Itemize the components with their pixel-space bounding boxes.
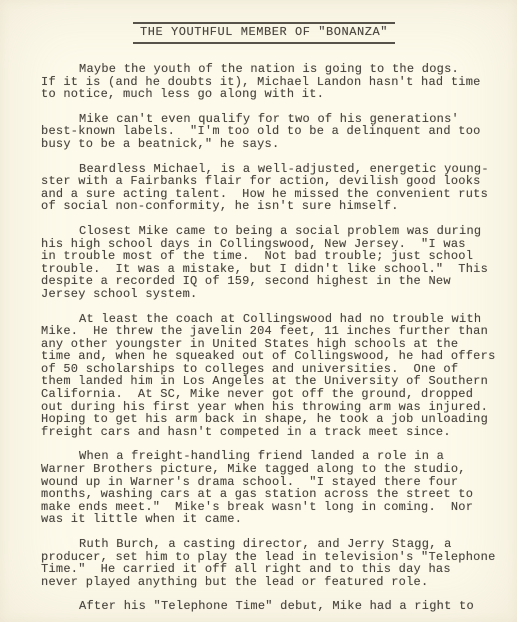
paragraph: After his "Telephone Time" debut, Mike h… [41,600,501,613]
paragraph: Ruth Burch, a casting director, and Jerr… [41,538,501,588]
paragraph: When a freight-handling friend landed a … [41,450,501,526]
document-body: Maybe the youth of the nation is going t… [41,63,501,613]
document-page: THE YOUTHFUL MEMBER OF "BONANZA" Maybe t… [0,0,517,622]
paragraph: Maybe the youth of the nation is going t… [41,63,501,101]
paragraph: Mike can't even qualify for two of his g… [41,113,501,151]
paragraph: Beardless Michael, is a well-adjusted, e… [41,163,501,213]
document-title: THE YOUTHFUL MEMBER OF "BONANZA" [133,22,395,44]
paragraph: Closest Mike came to being a social prob… [41,225,501,301]
title-row: THE YOUTHFUL MEMBER OF "BONANZA" [41,22,501,44]
paragraph: At least the coach at Collingswood had n… [41,313,501,439]
